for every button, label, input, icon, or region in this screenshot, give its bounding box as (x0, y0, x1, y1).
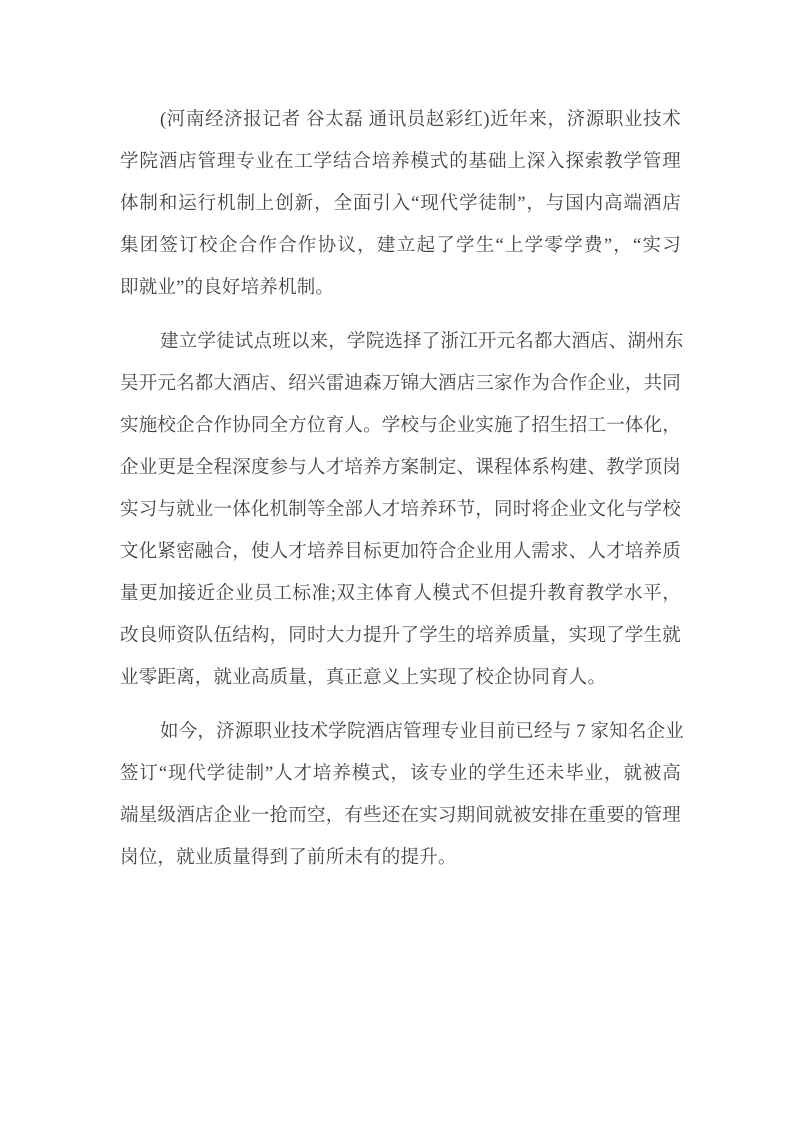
text-line: 如今，济源职业技术学院酒店管理专业目前已经与 7 家知名企业 (120, 711, 681, 753)
text-line: 建立学徒试点班以来，学院选择了浙江开元名都大酒店、湖州东 (120, 321, 681, 363)
text-line: 端星级酒店企业一抢而空，有些还在实习期间就被安排在重要的管理 (120, 795, 681, 837)
document-page: (河南经济报记者 谷太磊 通讯员赵彩红)近年来，济源职业技术 学院酒店管理专业在… (0, 0, 799, 1131)
text-line: 学院酒店管理专业在工学结合培养模式的基础上深入探索教学管理 (120, 141, 681, 183)
paragraph-intro: (河南经济报记者 谷太磊 通讯员赵彩红)近年来，济源职业技术 学院酒店管理专业在… (120, 99, 681, 309)
text-line: 企业更是全程深度参与人才培养方案制定、课程体系构建、教学顶岗 (120, 447, 681, 489)
paragraph-outcome: 如今，济源职业技术学院酒店管理专业目前已经与 7 家知名企业 签订“现代学徒制”… (120, 711, 681, 879)
text-line: 改良师资队伍结构，同时大力提升了学生的培养质量，实现了学生就 (120, 615, 681, 657)
text-line: 吴开元名都大酒店、绍兴雷迪森万锦大酒店三家作为合作企业，共同 (120, 363, 681, 405)
text-line: 文化紧密融合，使人才培养目标更加符合企业用人需求、人才培养质 (120, 531, 681, 573)
text-line: 量更加接近企业员工标准;双主体育人模式不但提升教育教学水平， (120, 573, 681, 615)
text-line: 业零距离，就业高质量，真正意义上实现了校企协同育人。 (120, 657, 681, 699)
text-line: 集团签订校企合作合作协议，建立起了学生“上学零学费”，“实习 (120, 225, 681, 267)
paragraph-cooperation: 建立学徒试点班以来，学院选择了浙江开元名都大酒店、湖州东 吴开元名都大酒店、绍兴… (120, 321, 681, 699)
text-line: 签订“现代学徒制”人才培养模式，该专业的学生还未毕业，就被高 (120, 753, 681, 795)
text-line: 体制和运行机制上创新，全面引入“现代学徒制”，与国内高端酒店 (120, 183, 681, 225)
text-line: (河南经济报记者 谷太磊 通讯员赵彩红)近年来，济源职业技术 (120, 99, 681, 141)
text-line: 实施校企合作协同全方位育人。学校与企业实施了招生招工一体化， (120, 405, 681, 447)
text-line: 实习与就业一体化机制等全部人才培养环节，同时将企业文化与学校 (120, 489, 681, 531)
text-line: 岗位，就业质量得到了前所未有的提升。 (120, 837, 681, 879)
text-line: 即就业”的良好培养机制。 (120, 267, 681, 309)
